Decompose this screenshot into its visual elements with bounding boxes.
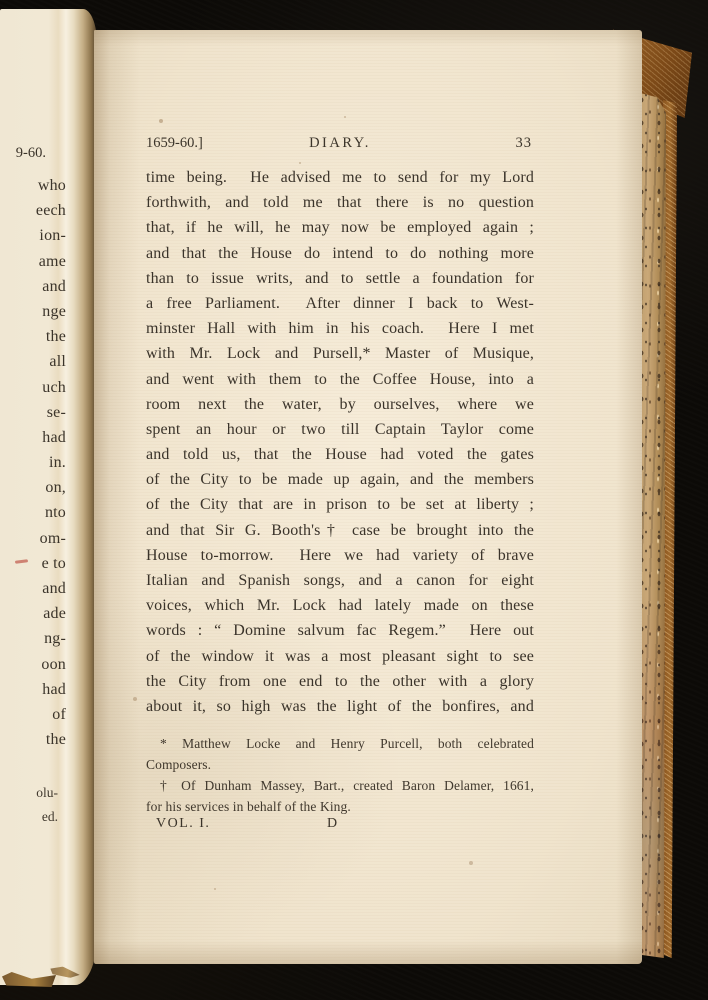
body-line: forthwith, and told me that there is no … — [146, 190, 534, 215]
footnote-fragment: olu- — [0, 781, 58, 805]
text-fragment: nto — [0, 500, 66, 525]
footnote-line: † Of Dunham Massey, Bart., created Baron… — [146, 775, 534, 796]
body-line: and told us, that the House had voted th… — [146, 442, 534, 467]
body-line: and that the House do intend to do nothi… — [146, 241, 534, 266]
text-fragment: ade — [0, 601, 66, 626]
body-line: House to-morrow. Here we had variety of … — [146, 543, 534, 568]
text-fragment: who — [0, 173, 66, 198]
body-line: a free Parliament. After dinner I back t… — [146, 291, 534, 316]
body-line: and that Sir G. Booth's† case be brought… — [146, 518, 534, 543]
header-title: DIARY. — [146, 135, 534, 152]
text-fragment: e to — [0, 551, 66, 576]
text-fragment: and — [0, 576, 66, 601]
text-fragment: in. — [0, 450, 66, 475]
text-fragment: had — [0, 425, 66, 450]
body-line: of the City that are in prison to be set… — [146, 492, 534, 517]
footnote-fragment: ed. — [0, 805, 58, 829]
footer-signature: D — [146, 816, 518, 832]
foxing-spots — [94, 30, 96, 32]
body-line: time being. He advised me to send for my… — [146, 165, 534, 190]
text-fragment: all — [0, 349, 66, 374]
footnote-line: * Matthew Locke and Henry Purcell, both … — [146, 733, 534, 754]
body-line: voices, which Mr. Lock had lately made o… — [146, 593, 534, 618]
body-line: spent an hour or two till Captain Taylor… — [146, 417, 534, 442]
text-fragment: ame — [0, 249, 66, 274]
text-fragment: ion- — [0, 223, 66, 248]
body-line: of the City to be made up again, and the… — [146, 467, 534, 492]
text-fragment: the — [0, 324, 66, 349]
body-line: words : “ Domine salvum fac Regem.” Here… — [146, 618, 534, 643]
previous-page-text-fragments: whoeechion-ameandngethealluchse-hadin.on… — [0, 173, 66, 752]
text-fragment: eech — [0, 198, 66, 223]
body-line: than to issue writs, and to settle a fou… — [146, 266, 534, 291]
text-fragment: on, — [0, 475, 66, 500]
text-fragment: uch — [0, 375, 66, 400]
text-fragment: oon — [0, 652, 66, 677]
text-fragment: had — [0, 677, 66, 702]
body-line: that, if he will, he may now be employed… — [146, 215, 534, 240]
footnotes: * Matthew Locke and Henry Purcell, both … — [146, 733, 534, 817]
body-line: the City from one end to the other with … — [146, 669, 534, 694]
text-fragment: and — [0, 274, 66, 299]
body-line: about it, so high was the light of the b… — [146, 694, 534, 719]
page-footer: VOL. I. D — [146, 816, 534, 836]
body-line: of the window it was a most pleasant sig… — [146, 644, 534, 669]
text-fragment: nge — [0, 299, 66, 324]
body-line: with Mr. Lock and Pursell,* Master of Mu… — [146, 341, 534, 366]
text-fragment: om- — [0, 526, 66, 551]
body-text: time being. He advised me to send for my… — [146, 165, 534, 719]
page-header: 1659-60.] DIARY. 33 — [146, 135, 534, 155]
footnote-line: Composers. — [146, 754, 534, 775]
book-photo: 9-60. whoeechion-ameandngethealluchse-ha… — [0, 0, 708, 1000]
text-fragment: the — [0, 727, 66, 752]
body-line: room next the water, by ourselves, where… — [146, 392, 534, 417]
previous-page-header-fragment: 9-60. — [0, 145, 46, 162]
previous-page-footnote-fragments: olu-ed. — [0, 781, 58, 829]
footnote-line: for his services in behalf of the King. — [146, 796, 534, 817]
text-fragment: of — [0, 702, 66, 727]
previous-page-sliver: 9-60. whoeechion-ameandngethealluchse-ha… — [0, 9, 97, 985]
header-page-number: 33 — [516, 135, 533, 152]
body-line: and went with them to the Coffee House, … — [146, 367, 534, 392]
body-line: minster Hall with him in his coach. Here… — [146, 316, 534, 341]
body-line: Italian and Spanish songs, and a canon f… — [146, 568, 534, 593]
diary-page: 1659-60.] DIARY. 33 time being. He advis… — [94, 30, 642, 964]
text-fragment: se- — [0, 400, 66, 425]
text-fragment: ng- — [0, 626, 66, 651]
